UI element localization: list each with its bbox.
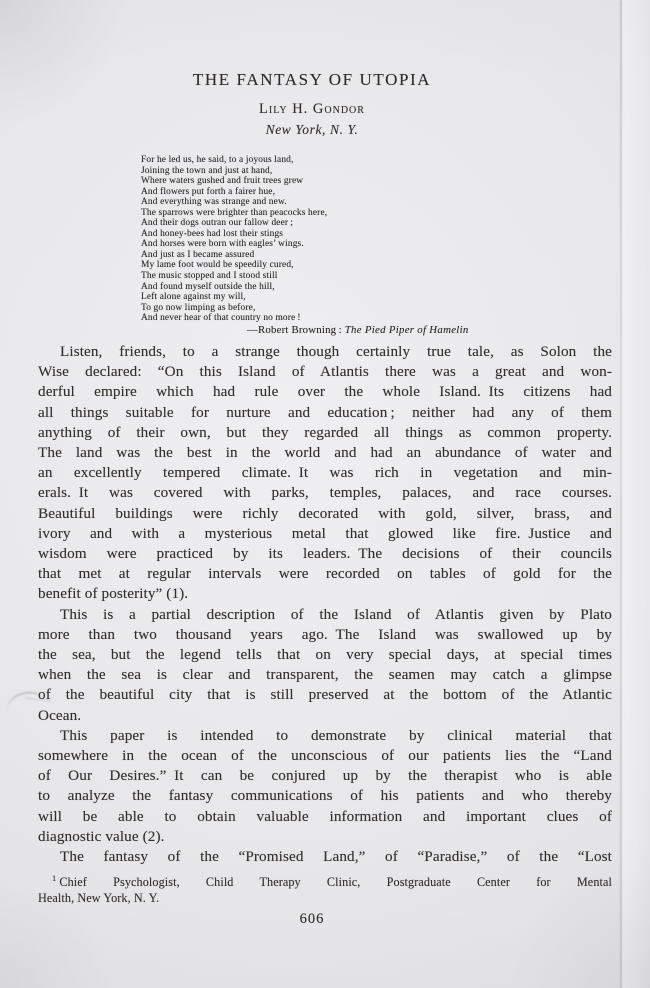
text-line: diagnostic value (2). xyxy=(38,827,612,847)
footnote: 1Chief Psychologist, Child Therapy Clini… xyxy=(38,875,612,906)
text-line: Beautiful buildings were richly decorate… xyxy=(38,504,612,524)
text-line: to analyze the fantasy communications of… xyxy=(38,786,612,806)
text-line: derful empire which had rule over the wh… xyxy=(38,382,612,402)
paragraph-promised-land: The fantasy of the “Promised Land,” of “… xyxy=(38,847,612,867)
footnote-text: Chief Psychologist, Child Therapy Clinic… xyxy=(59,875,612,889)
epigraph-poem: For he led us, he said, to a joyous land… xyxy=(141,155,561,335)
text-line: And honey-bees had lost their stings xyxy=(141,229,561,240)
text-line: The music stopped and I stood still xyxy=(141,271,561,282)
attribution-author: —Robert Browning : xyxy=(247,324,345,336)
text-line: The land was the best in the world and h… xyxy=(38,443,612,463)
author-location: New York, N. Y. xyxy=(0,122,624,138)
scan-edge-line xyxy=(620,0,622,988)
text-line: And flowers put forth a fairer hue, xyxy=(141,187,561,198)
text-line: This is a partial description of the Isl… xyxy=(38,605,612,625)
text-line: And their dogs outran our fallow deer ; xyxy=(141,218,561,229)
paragraph-plato-description: This is a partial description of the Isl… xyxy=(38,605,612,726)
epigraph-attribution: —Robert Browning : The Pied Piper of Ham… xyxy=(247,325,561,336)
paragraph-atlantis-quote: Listen, friends, to a strange though cer… xyxy=(38,342,612,605)
text-line: Ocean. xyxy=(38,706,612,726)
text-line: And found myself outside the hill, xyxy=(141,282,561,293)
text-line: ivory and with a mysterious metal that g… xyxy=(38,524,612,544)
text-line: Listen, friends, to a strange though cer… xyxy=(38,342,612,362)
attribution-work-title: The Pied Piper of Hamelin xyxy=(345,324,469,336)
article-title: THE FANTASY OF UTOPIA xyxy=(0,70,624,90)
article-body: Listen, friends, to a strange though cer… xyxy=(38,342,612,867)
scan-edge-highlight xyxy=(622,0,650,988)
text-line: an excellently tempered climate. It was … xyxy=(38,463,612,483)
text-line: And just as I became assured xyxy=(141,250,561,261)
epigraph-poem-lines: For he led us, he said, to a joyous land… xyxy=(141,155,561,324)
text-line: And horses were born with eagles’ wings. xyxy=(141,239,561,250)
text-line: erals. It was covered with parks, temple… xyxy=(38,483,612,503)
text-line: To go now limping as before, xyxy=(141,303,561,314)
text-line: will be able to obtain valuable informat… xyxy=(38,807,612,827)
text-line: anything of their own, but they regarded… xyxy=(38,423,612,443)
text-line: And everything was strange and new. xyxy=(141,197,561,208)
text-line: wisdom were practiced by its leaders. Th… xyxy=(38,544,612,564)
text-line: the sea, but the legend tells that on ve… xyxy=(38,645,612,665)
text-line: benefit of posterity” (1). xyxy=(38,584,612,604)
text-line: Wise declared: “On this Island of Atlant… xyxy=(38,362,612,382)
footnote-marker: 1 xyxy=(52,873,56,883)
footnote-line-2: Health, New York, N. Y. xyxy=(38,891,612,907)
text-line: And never hear of that country no more ! xyxy=(141,313,561,324)
text-line: Left alone against my will, xyxy=(141,292,561,303)
text-line: all things suitable for nurture and educ… xyxy=(38,403,612,423)
footnote-line-1: 1Chief Psychologist, Child Therapy Clini… xyxy=(38,875,612,891)
page-number: 606 xyxy=(0,911,624,928)
text-line: more than two thousand years ago. The Is… xyxy=(38,625,612,645)
text-line: Where waters gushed and fruit trees grew xyxy=(141,176,561,187)
text-line: The sparrows were brighter than peacocks… xyxy=(141,208,561,219)
text-line: For he led us, he said, to a joyous land… xyxy=(141,155,561,166)
text-line: that met at regular intervals were recor… xyxy=(38,564,612,584)
text-line: Joining the town and just at hand, xyxy=(141,166,561,177)
paragraph-paper-intent: This paper is intended to demonstrate by… xyxy=(38,726,612,847)
author-name: Lily H. Gondor xyxy=(0,101,624,118)
text-line: of Our Desires.” It can be conjured up b… xyxy=(38,766,612,786)
text-line: somewhere in the ocean of the unconsciou… xyxy=(38,746,612,766)
text-line: This paper is intended to demonstrate by… xyxy=(38,726,612,746)
text-line: The fantasy of the “Promised Land,” of “… xyxy=(38,847,612,867)
text-line: My lame foot would be speedily cured, xyxy=(141,260,561,271)
text-line: when the sea is clear and transparent, t… xyxy=(38,665,612,685)
text-line: of the beautiful city that is still pres… xyxy=(38,685,612,705)
scanned-journal-page: THE FANTASY OF UTOPIA Lily H. Gondor New… xyxy=(0,0,650,988)
